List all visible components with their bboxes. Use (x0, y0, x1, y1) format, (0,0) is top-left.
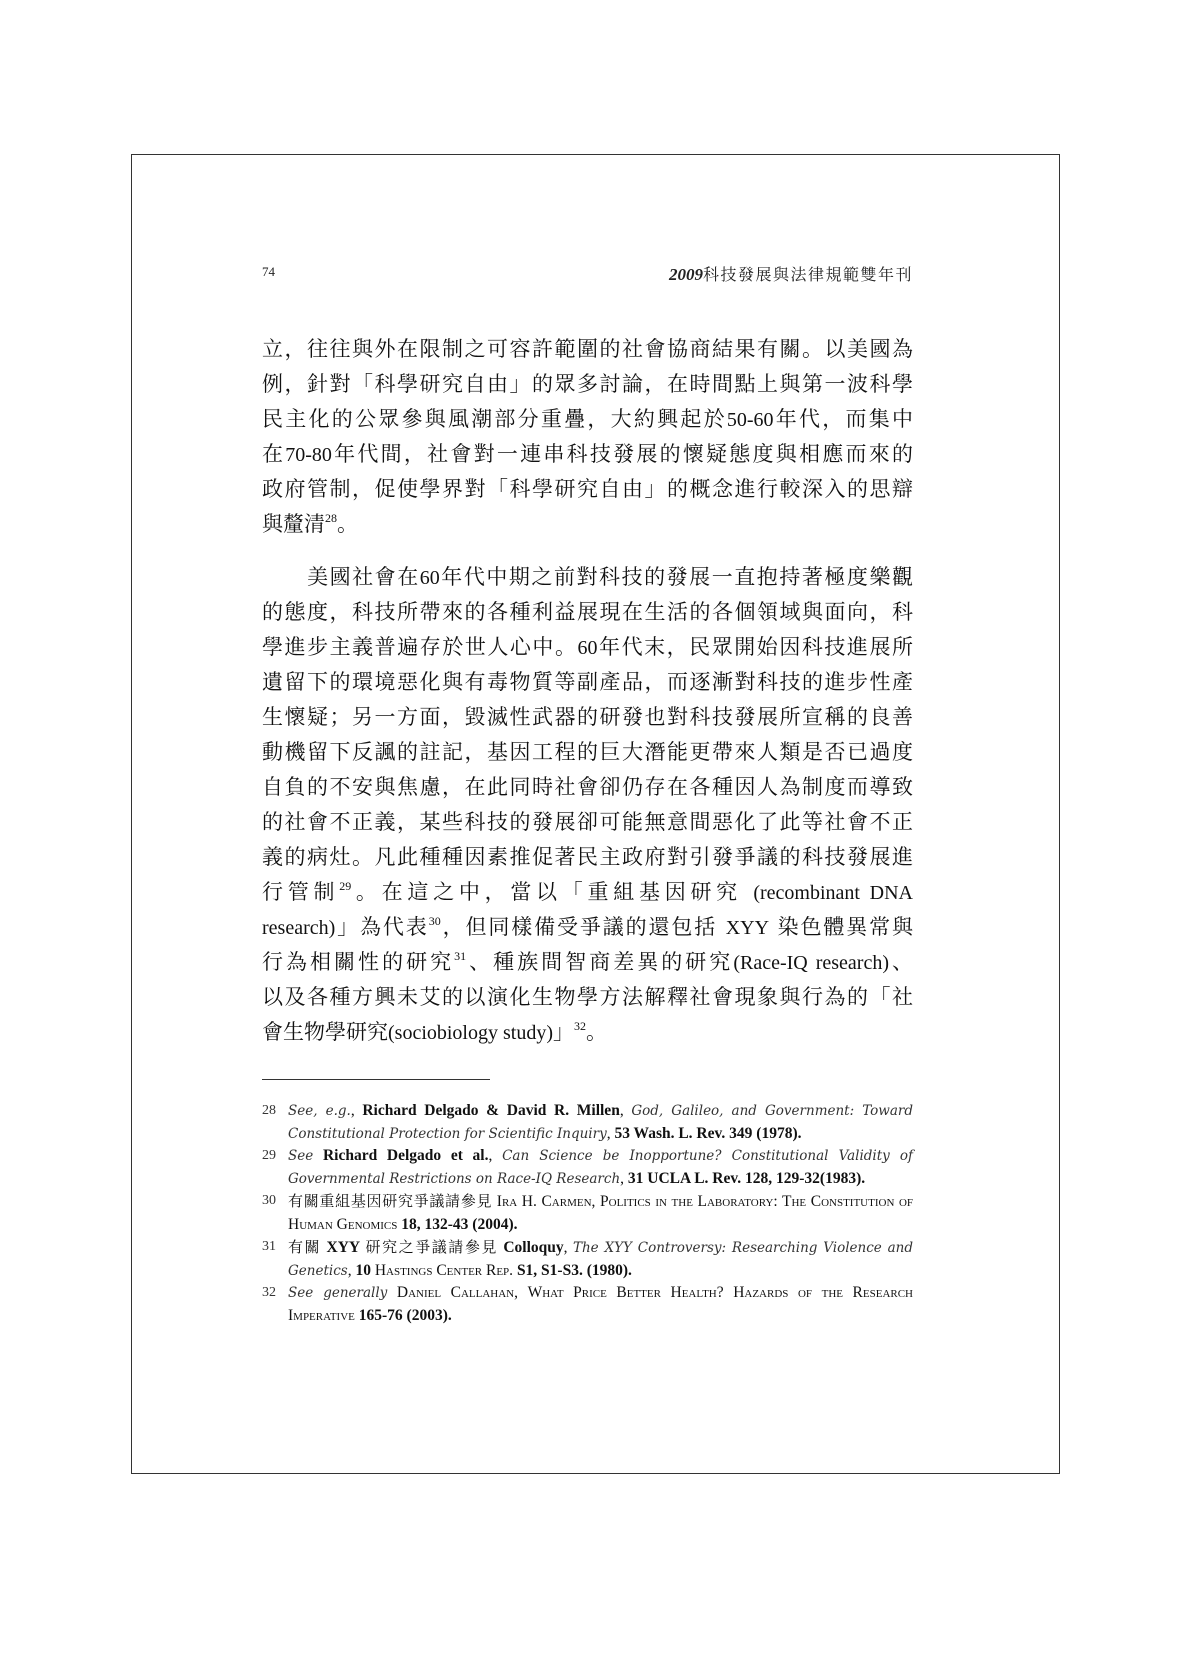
footnotes: 28 See, e.g., Richard Delgado & David R.… (262, 1100, 913, 1327)
footnote-ref-29[interactable]: 29 (339, 879, 351, 893)
footnote-number: 32 (262, 1282, 276, 1305)
text: 民主化的公眾參與風潮部分重疊，大約興起於 (262, 407, 727, 431)
citation-journal: Hastings Center Rep. (375, 1262, 513, 1279)
footnote-number: 30 (262, 1190, 276, 1213)
text-line: 遺留下的環境惡化與有毒物質等副產品，而逐漸對科技的進步性產 (262, 665, 913, 700)
text-line: 例，針對「科學研究自由」的眾多討論，在時間點上與第一波科學 (262, 367, 913, 402)
citation-source: 18, 132-43 (2004). (401, 1216, 517, 1233)
text-line: 與釐清28。 (262, 507, 913, 542)
latin-text: XYY (726, 917, 769, 939)
text-line: 生懷疑；另一方面，毀滅性武器的研發也對科技發展所宣稱的良善 (262, 700, 913, 735)
footnote-number: 29 (262, 1145, 276, 1168)
text: 行管制 (262, 880, 339, 904)
paragraph-2: 美國社會在60年代中期之前對科技的發展一直抱持著極度樂觀 的態度，科技所帶來的各… (262, 560, 913, 1050)
footnote-31: 31 有關 XYY 研究之爭議請參見 Colloquy, The XYY Con… (262, 1236, 913, 1282)
latin-text: (recombinant DNA (753, 882, 913, 904)
text: 的態度，科技所帶來的各種利益展現在生活的各個領域與面向，科 (262, 600, 913, 624)
text-line: 動機留下反諷的註記，基因工程的巨大潛能更帶來人類是否已過度 (262, 735, 913, 770)
footnote-29: 29 See Richard Delgado et al., Can Scien… (262, 1145, 913, 1190)
text: 行為相關性的研究 (262, 950, 454, 974)
citation-source: 165-76 (2003). (359, 1307, 452, 1324)
text-line: 義的病灶。凡此種種因素推促著民主政府對引發爭議的科技發展進 (262, 840, 913, 875)
citation-source: 53 Wash. L. Rev. 349 (1978). (614, 1125, 801, 1142)
footnote-ref-30[interactable]: 30 (429, 914, 441, 928)
text: 。 (586, 1020, 607, 1044)
text: 、種族間智商差異的研究 (466, 950, 733, 974)
text: 年代間，社會對一連串科技發展的懷疑態度與相應而來的 (332, 442, 913, 466)
footnote-number: 31 (262, 1236, 276, 1259)
text: 」為代表 (335, 915, 428, 939)
text: 立，往往與外在限制之可容許範圍的社會協商結果有關。以美國為 (262, 337, 913, 361)
footnote-ref-28[interactable]: 28 (325, 511, 337, 525)
text: 美國社會在 (262, 565, 420, 589)
text-line: 會生物學研究(sociobiology study)」32。 (262, 1015, 913, 1050)
text: 在 (262, 442, 285, 466)
text: 。在這之中，當以「重組基因研究 (351, 880, 753, 904)
text: 以及各種方興未艾的以演化生物學方法解釋社會現象與行為的「社 (262, 985, 913, 1009)
citation-intro-latin: XYY (327, 1239, 361, 1256)
footnote-ref-31[interactable]: 31 (454, 949, 466, 963)
footnote-separator (262, 1079, 490, 1080)
text: 年代末，民眾開始因科技進展所 (598, 635, 914, 659)
citation-intro: 有關 (288, 1238, 321, 1256)
text: 。 (337, 512, 358, 536)
text-line: 的態度，科技所帶來的各種利益展現在生活的各個領域與面向，科 (262, 595, 913, 630)
running-head: 74 2009科技發展與法律規範雙年刊 (262, 262, 913, 284)
citation-pages: S1, S1-S3. (1980). (517, 1262, 632, 1279)
text: 年代，而集中 (774, 407, 913, 431)
citation-authors: Colloquy (503, 1239, 563, 1256)
text-line: 行管制29。在這之中，當以「重組基因研究 (recombinant DNA (262, 875, 913, 910)
citation-signal: See (288, 1148, 313, 1164)
text-line: 學進步主義普遍存於世人心中。60年代末，民眾開始因科技進展所 (262, 630, 913, 665)
text: ，但同樣備受爭議的還包括 (441, 915, 726, 939)
text: 染色體異常與 (769, 915, 913, 939)
text-line: 的社會不正義，某些科技的發展卻可能無意間惡化了此等社會不正 (262, 805, 913, 840)
footnote-28: 28 See, e.g., Richard Delgado & David R.… (262, 1100, 913, 1145)
text-line: 政府管制，促使學界對「科學研究自由」的概念進行較深入的思辯 (262, 472, 913, 507)
text: 與釐清 (262, 512, 325, 536)
text: 學進步主義普遍存於世人心中。 (262, 635, 578, 659)
text-line: 美國社會在60年代中期之前對科技的發展一直抱持著極度樂觀 (262, 560, 913, 595)
number-text: 50-60 (727, 409, 774, 431)
text: 遺留下的環境惡化與有毒物質等副產品，而逐漸對科技的進步性產 (262, 670, 913, 694)
footnote-number: 28 (262, 1100, 276, 1123)
citation-authors: Richard Delgado & David R. Millen (362, 1102, 619, 1119)
page-number: 74 (262, 264, 275, 280)
number-text: 70-80 (285, 444, 332, 466)
body-text: 立，往往與外在限制之可容許範圍的社會協商結果有關。以美國為 例，針對「科學研究自… (262, 332, 913, 1050)
citation-intro: 研究之爭議請參見 (366, 1238, 498, 1256)
text: 年代中期之前對科技的發展一直抱持著極度樂觀 (440, 565, 913, 589)
latin-text: (Race-IQ research) (733, 952, 889, 974)
latin-text: (sociobiology study) (388, 1022, 553, 1044)
footnote-32: 32 See generally Daniel Callahan, What P… (262, 1282, 913, 1327)
text: 政府管制，促使學界對「科學研究自由」的概念進行較深入的思辯 (262, 477, 913, 501)
text: 自負的不安與焦慮，在此同時社會卻仍存在各種因人為制度而導致 (262, 775, 913, 799)
text-line: 行為相關性的研究31、種族間智商差異的研究(Race-IQ research)、 (262, 945, 913, 980)
citation-source: 31 UCLA L. Rev. 128, 129-32(1983). (628, 1170, 865, 1187)
citation-authors: Daniel Callahan (397, 1284, 514, 1301)
text: 、 (889, 950, 913, 974)
journal-title: 2009科技發展與法律規範雙年刊 (669, 262, 913, 285)
citation-signal: See generally (288, 1285, 387, 1301)
text-line: 在70-80年代間，社會對一連串科技發展的懷疑態度與相應而來的 (262, 437, 913, 472)
journal-title-text: 科技發展與法律規範雙年刊 (703, 265, 913, 284)
text: 的社會不正義，某些科技的發展卻可能無意間惡化了此等社會不正 (262, 810, 913, 834)
citation-volume: 10 (355, 1262, 371, 1279)
text-line: 以及各種方興未艾的以演化生物學方法解釋社會現象與行為的「社 (262, 980, 913, 1015)
number-text: 60 (578, 637, 598, 659)
citation-authors: Richard Delgado et al. (323, 1147, 489, 1164)
paragraph-1: 立，往往與外在限制之可容許範圍的社會協商結果有關。以美國為 例，針對「科學研究自… (262, 332, 913, 542)
citation-intro: 有關重組基因研究爭議請參見 (288, 1192, 492, 1210)
journal-title-year: 2009 (669, 265, 703, 284)
text-line: research)」為代表30，但同樣備受爭議的還包括 XYY 染色體異常與 (262, 910, 913, 945)
footnote-30: 30 有關重組基因研究爭議請參見 Ira H. Carmen, Politics… (262, 1190, 913, 1236)
text: 義的病灶。凡此種種因素推促著民主政府對引發爭議的科技發展進 (262, 845, 913, 869)
text: 」 (553, 1020, 574, 1044)
footnote-ref-32[interactable]: 32 (574, 1019, 586, 1033)
text: 生懷疑；另一方面，毀滅性武器的研發也對科技發展所宣稱的良善 (262, 705, 913, 729)
text: 例，針對「科學研究自由」的眾多討論，在時間點上與第一波科學 (262, 372, 913, 396)
citation-signal: See, e.g. (288, 1103, 351, 1119)
latin-text: research) (262, 917, 335, 939)
text: 會生物學研究 (262, 1020, 388, 1044)
text-line: 民主化的公眾參與風潮部分重疊，大約興起於50-60年代，而集中 (262, 402, 913, 437)
citation-authors: Ira H. Carmen (497, 1193, 592, 1210)
text-line: 自負的不安與焦慮，在此同時社會卻仍存在各種因人為制度而導致 (262, 770, 913, 805)
text-line: 立，往往與外在限制之可容許範圍的社會協商結果有關。以美國為 (262, 332, 913, 367)
number-text: 60 (420, 567, 440, 589)
text: 動機留下反諷的註記，基因工程的巨大潛能更帶來人類是否已過度 (262, 740, 913, 764)
